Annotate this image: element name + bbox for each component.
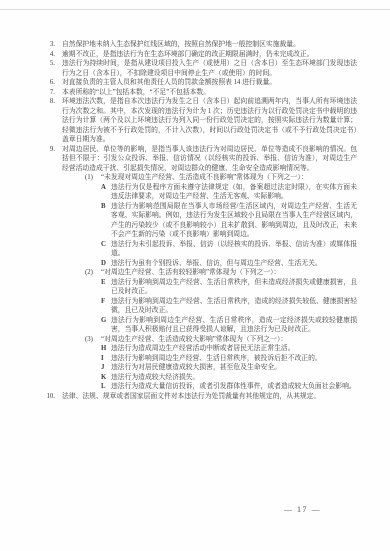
document-page: 3. 自然保护地未纳入生态保护红线区域的，按照自然保护地一般控制区实施裁量。 4… [0, 0, 390, 551]
clause-text: 违法行为造成大量信访投诉，或者引发群体性事件，或者造成较大负面社会影响。 [111, 382, 357, 392]
item-text: 本表所称的“以上”包括本数，“不足”不包括本数。 [62, 88, 357, 98]
item-number: 7. [41, 88, 55, 98]
item-text: 对直接负责的主管人员和其他责任人员的罚款金额按照表 14 进行裁量。 [62, 78, 357, 88]
item-body: 对周边居民、单位等的影响，是指当事人该违法行为对周边居民、单位等造成不良影响的情… [62, 145, 357, 392]
list-item: 9. 对周边居民、单位等的影响，是指当事人该违法行为对周边居民、单位等造成不良影… [41, 145, 357, 392]
clause-item: B 违法行为影响范围局限在当事人市场经营/生活区域内，对周边生产经营、生活无客观… [101, 202, 357, 240]
notes-list: 3. 自然保护地未纳入生态保护红线区域的，按照自然保护地一般控制区实施裁量。 4… [41, 40, 357, 401]
sub-label: (2) [85, 268, 97, 278]
clause-letter: D [101, 259, 108, 269]
list-item: 7. 本表所称的“以上”包括本数，“不足”不包括本数。 [41, 88, 357, 98]
item-number: 9. [41, 145, 55, 392]
clause-letter: J [101, 363, 108, 373]
clause-item: H 违法行为造成周边生产经营活动中断或者居民无法正常生活。 [101, 344, 357, 354]
clause-text: 违法行为仅是程序方面未遵守法律规定（如，备案超过法定时限），在实体方面未违反法律… [111, 183, 357, 202]
clause-letter: E [101, 278, 108, 297]
list-item: 6. 对直接负责的主管人员和其他责任人员的罚款金额按照表 14 进行裁量。 [41, 78, 357, 88]
list-item: 4. 逾期不改正，是指违法行为在生态环境部门确定的改正期限届满时，仍未完成改正。 [41, 50, 357, 60]
sub-item-list: (1) “未发现对周边生产经营、生活造成不良影响”常体现为（下列之一）： A 违… [85, 173, 357, 392]
clause-text: 违法行为对居民健康造成较大损害，甚至危及生命安全。 [111, 363, 357, 373]
clause-item: K 违法行为造成较大经济损失。 [101, 373, 357, 383]
page-number: — 17 — [284, 505, 321, 514]
item-text: 法律、法规、规章或者国家层面文件对本违法行为处罚裁量有其他规定的，从其规定。 [62, 392, 357, 402]
clause-item: G 违法行为影响到周边生产经营、生活日常秩序，造成一定经济损失或较轻健康损害，当… [101, 316, 357, 335]
clause-item: F 违法行为影响到周边生产经营、生活日常秩序，造成的经济损失较低、健康损害轻微，… [101, 297, 357, 316]
clause-letter: I [101, 354, 108, 364]
clause-letter: F [101, 297, 108, 316]
clause-item: A 违法行为仅是程序方面未遵守法律规定（如，备案超过法定时限），在实体方面未违反… [101, 183, 357, 202]
item-text: 违法行为持续时间，是指从建设项目投入生产（或使用）之日（含本日）至生态环境部门发… [62, 59, 357, 78]
sub-heading: “对周边生产经营、生活造成较大影响”常体现为（下列之一）： [101, 335, 357, 345]
clause-letter: L [101, 382, 108, 392]
sub-item: (2) “对周边生产经营、生活有较轻影响”常体现为（下列之一）： [85, 268, 357, 278]
sub-heading: “未发现对周边生产经营、生活造成不良影响”常体现为（下列之一）： [101, 173, 357, 183]
clause-letter: B [101, 202, 108, 240]
clause-letter: H [101, 344, 108, 354]
clause-text: 违法行为影响范围局限在当事人市场经营/生活区域内，对周边生产经营、生活无客观、实… [111, 202, 357, 240]
item-text: 环境违法次数，是指自本次违法行为发生之日（含本日）起向前追溯两年内，当事人所有环… [62, 97, 357, 145]
clause-text: 违法行为未引起投诉、举报、信访（以经核实的投诉、举报、信访为准）或媒体报道。 [111, 240, 357, 259]
list-item: 8. 环境违法次数，是指自本次违法行为发生之日（含本日）起向前追溯两年内，当事人… [41, 97, 357, 145]
list-item: 3. 自然保护地未纳入生态保护红线区域的，按照自然保护地一般控制区实施裁量。 [41, 40, 357, 50]
clause-letter: C [101, 240, 108, 259]
clause-text: 违法行为造成周边生产经营活动中断或者居民无法正常生活。 [111, 344, 357, 354]
clause-item: J 违法行为对居民健康造成较大损害，甚至危及生命安全。 [101, 363, 357, 373]
sub-item: (3) “对周边生产经营、生活造成较大影响”常体现为（下列之一）： [85, 335, 357, 345]
clause-letter: A [101, 183, 108, 202]
clause-item: L 违法行为造成大量信访投诉，或者引发群体性事件，或者造成较大负面社会影响。 [101, 382, 357, 392]
clause-text: 违法行为影响到周边生产经营、生活日常秩序，但未造成经济损失或健康损害，且已及时改… [111, 278, 357, 297]
item-number: 4. [41, 50, 55, 60]
clause-text: 违法行为影响到周边生产经营、生活日常秩序，被投诉后拒不改正的。 [111, 354, 357, 364]
clause-item: C 违法行为未引起投诉、举报、信访（以经核实的投诉、举报、信访为准）或媒体报道。 [101, 240, 357, 259]
item-number: 5. [41, 59, 55, 78]
item-number: 3. [41, 40, 55, 50]
item-text: 逾期不改正，是指违法行为在生态环境部门确定的改正期限届满时，仍未完成改正。 [62, 50, 357, 60]
clause-letter: K [101, 373, 108, 383]
item-number: 8. [41, 97, 55, 145]
clause-text: 违法行为造成较大经济损失。 [111, 373, 357, 383]
sub-label: (3) [85, 335, 97, 345]
clause-letter: G [101, 316, 108, 335]
list-item: 10. 法律、法规、规章或者国家层面文件对本违法行为处罚裁量有其他规定的，从其规… [41, 392, 357, 402]
item-number: 6. [41, 78, 55, 88]
list-item: 5. 违法行为持续时间，是指从建设项目投入生产（或使用）之日（含本日）至生态环境… [41, 59, 357, 78]
page-edge-line [0, 9, 390, 10]
clause-text: 违法行为虽有个别投诉、举报、信访，但与周边生产经营、生活无关。 [111, 259, 357, 269]
clause-item: E 违法行为影响到周边生产经营、生活日常秩序，但未造成经济损失或健康损害，且已及… [101, 278, 357, 297]
clause-item: I 违法行为影响到周边生产经营、生活日常秩序，被投诉后拒不改正的。 [101, 354, 357, 364]
item-number: 10. [41, 392, 55, 402]
clause-text: 违法行为影响到周边生产经营、生活日常秩序，造成一定经济损失或较轻健康损害，当事人… [111, 316, 357, 335]
item-text: 对周边居民、单位等的影响，是指当事人该违法行为对周边居民、单位等造成不良影响的情… [62, 145, 357, 174]
clause-item: D 违法行为虽有个别投诉、举报、信访，但与周边生产经营、生活无关。 [101, 259, 357, 269]
clause-text: 违法行为影响到周边生产经营、生活日常秩序，造成的经济损失较低、健康损害轻微，且已… [111, 297, 357, 316]
sub-heading: “对周边生产经营、生活有较轻影响”常体现为（下列之一）： [101, 268, 357, 278]
item-text: 自然保护地未纳入生态保护红线区域的，按照自然保护地一般控制区实施裁量。 [62, 40, 357, 50]
sub-label: (1) [85, 173, 97, 183]
sub-item: (1) “未发现对周边生产经营、生活造成不良影响”常体现为（下列之一）： [85, 173, 357, 183]
